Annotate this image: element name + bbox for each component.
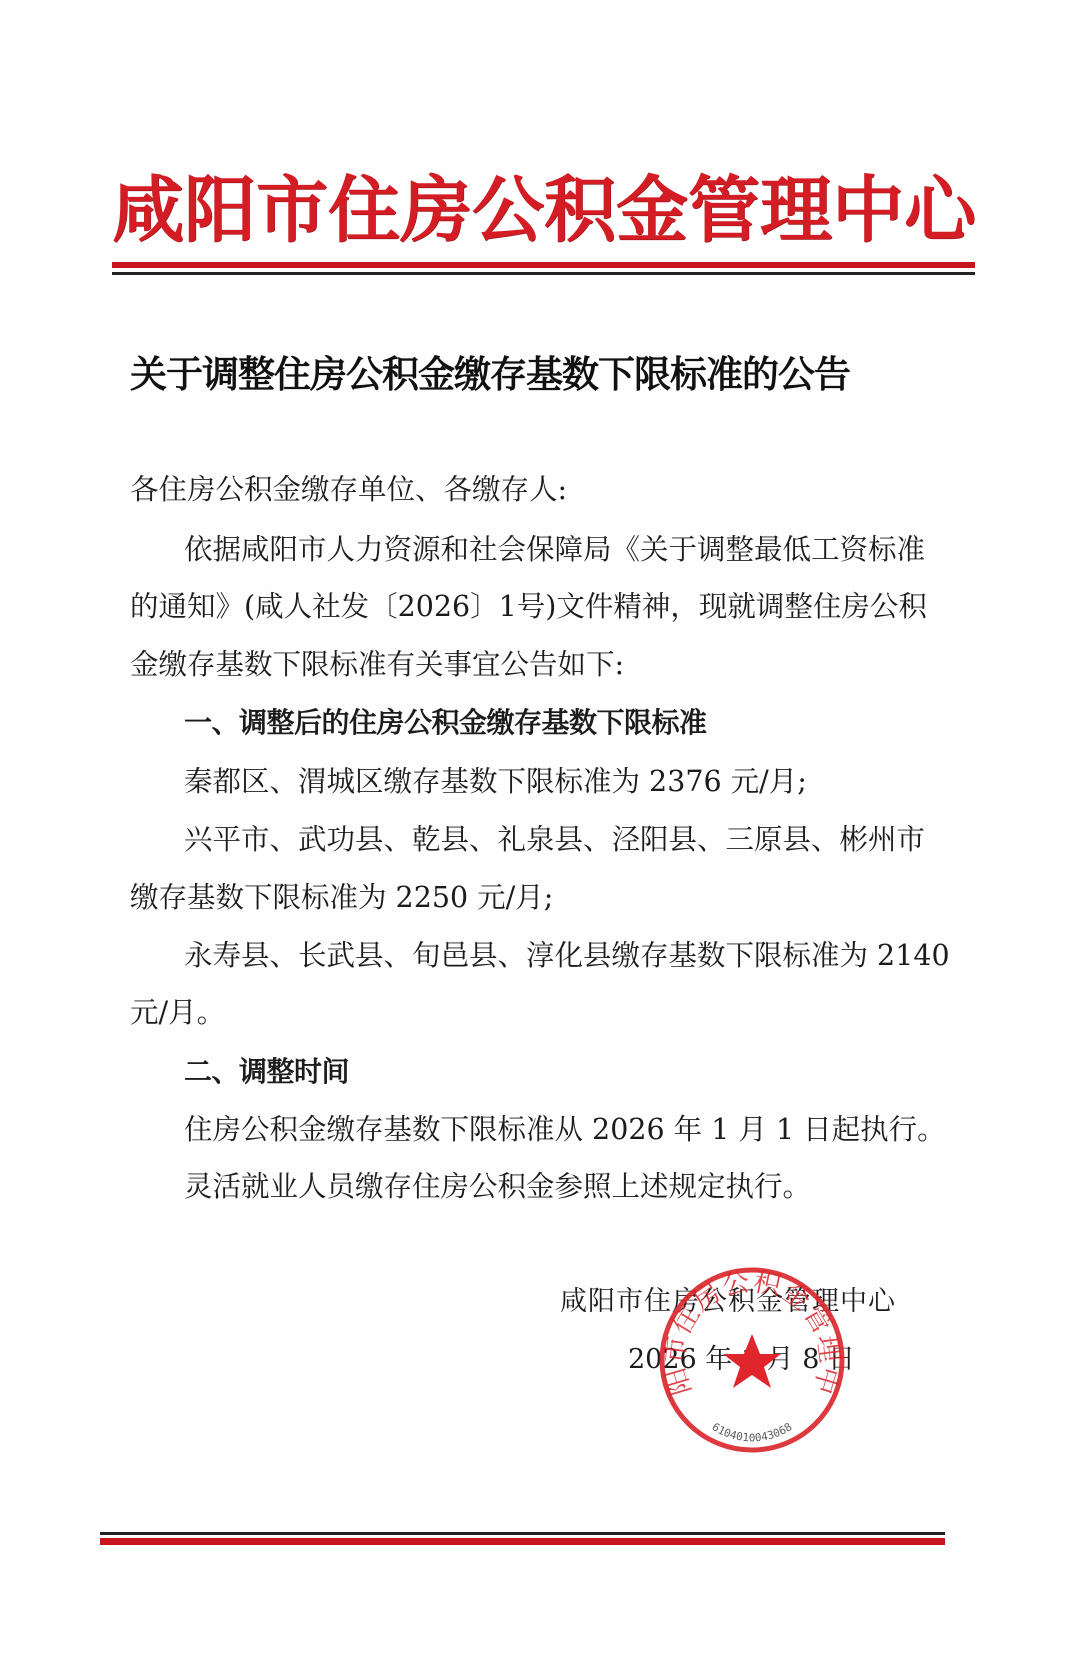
intro-line-2: 的通知》(咸人社发〔2026〕1号)文件精神，现就调整住房公积	[130, 587, 886, 627]
signature-date: 2026 年 1 月 8 日	[628, 1340, 855, 1380]
org-letterhead: 咸阳市住房公积金管理中心	[112, 168, 975, 252]
section-1-heading: 一、调整后的住房公积金缴存基数下限标准	[184, 703, 707, 743]
seal-code: 6104010043068	[710, 1420, 795, 1444]
section-2-line-1: 住房公积金缴存基数下限标准从 2026 年 1 月 1 日起执行。	[184, 1110, 946, 1150]
section-2-heading: 二、调整时间	[184, 1052, 349, 1092]
section-1-line-4: 永寿县、长武县、旬邑县、淳化县缴存基数下限标准为 2140	[184, 936, 884, 976]
salutation: 各住房公积金缴存单位、各缴存人:	[130, 470, 567, 510]
intro-line-1: 依据咸阳市人力资源和社会保障局《关于调整最低工资标准	[184, 530, 884, 570]
section-1-line-3: 缴存基数下限标准为 2250 元/月;	[130, 878, 553, 918]
footer-rule-black	[100, 1532, 945, 1535]
signature-org: 咸阳市住房公积金管理中心	[560, 1282, 896, 1322]
intro-line-3: 金缴存基数下限标准有关事宜公告如下:	[130, 645, 624, 685]
svg-text:6104010043068: 6104010043068	[710, 1420, 795, 1444]
header-rule-black	[112, 272, 975, 275]
section-1-line-1: 秦都区、渭城区缴存基数下限标准为 2376 元/月;	[184, 762, 807, 802]
section-1-line-5: 元/月。	[130, 993, 225, 1033]
notice-title: 关于调整住房公积金缴存基数下限标准的公告	[130, 350, 930, 400]
section-2-line-2: 灵活就业人员缴存住房公积金参照上述规定执行。	[184, 1167, 811, 1207]
footer-rule-red	[100, 1538, 945, 1545]
section-1-line-2: 兴平市、武功县、乾县、礼泉县、泾阳县、三原县、彬州市	[184, 820, 884, 860]
document-page: 咸阳市住房公积金管理中心 关于调整住房公积金缴存基数下限标准的公告 各住房公积金…	[0, 0, 1080, 1656]
header-rule-red	[112, 262, 975, 268]
